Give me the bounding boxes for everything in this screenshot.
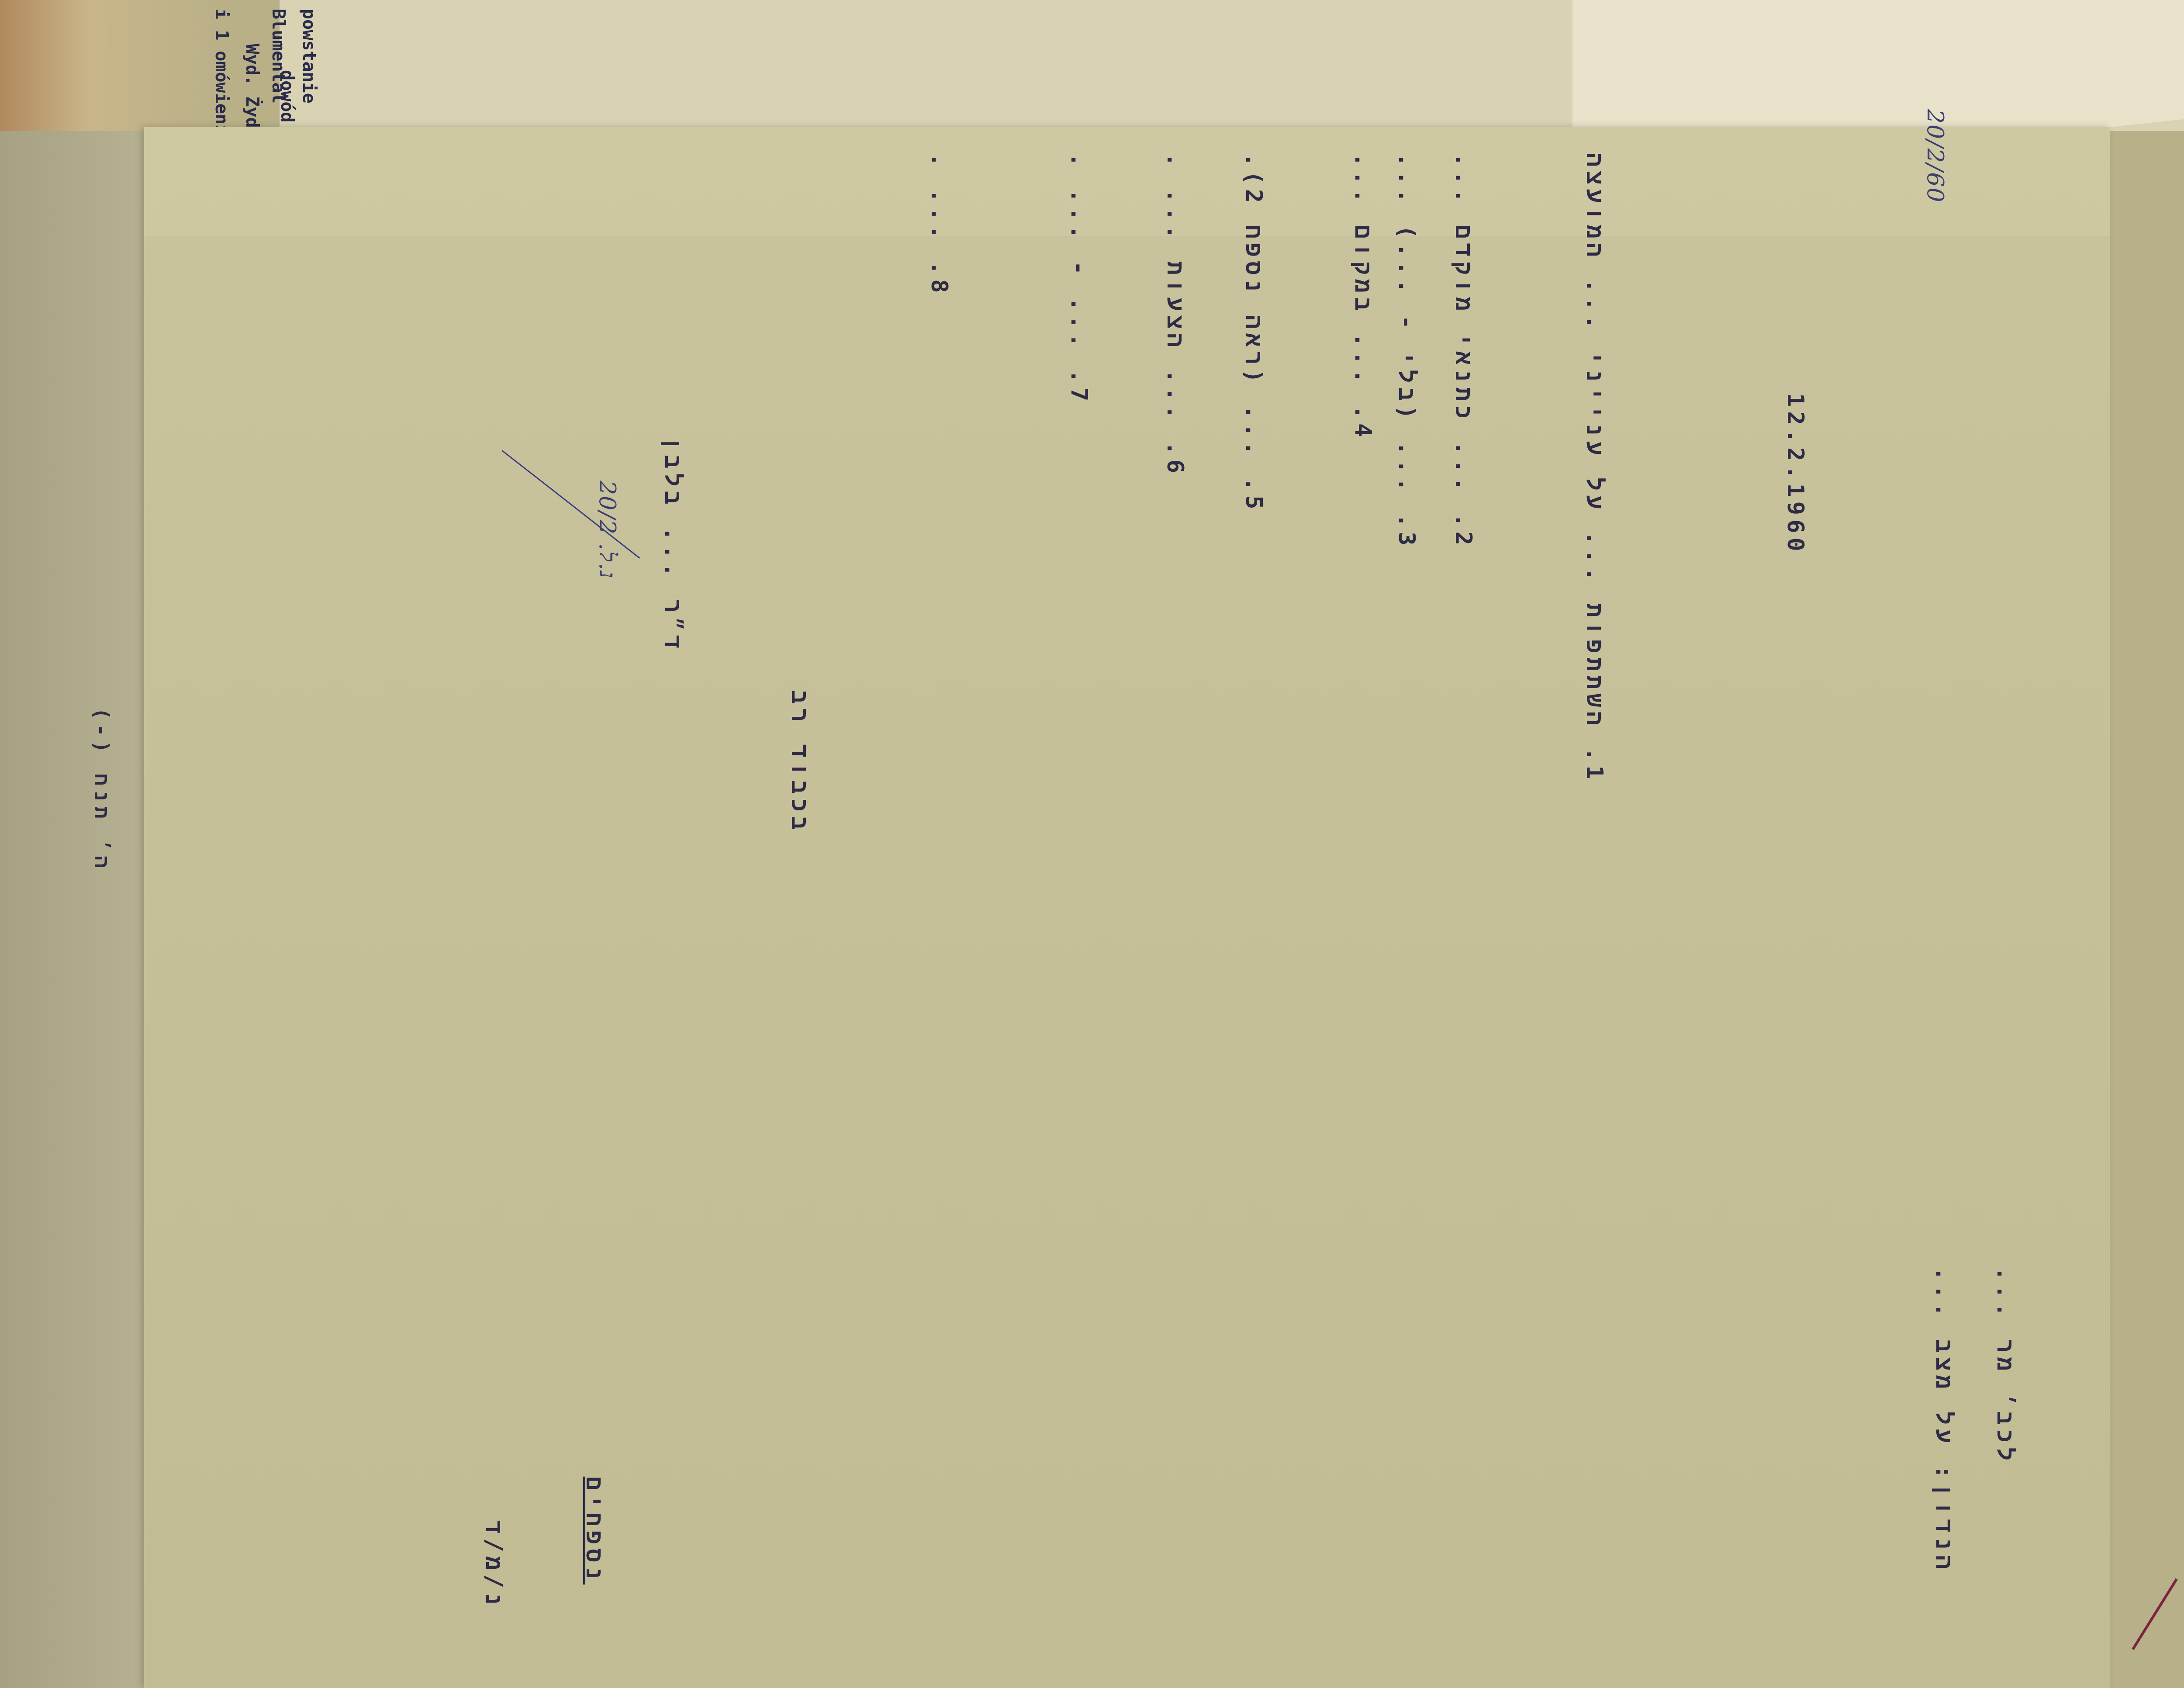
handwritten-annotation: נ.ל. 20/2 [594, 481, 620, 579]
item-3: 3. ... (בלי - ...) ... [1392, 153, 1420, 550]
item-1: 1. השתתפות ... על ענייני ... המועצה [1580, 153, 1607, 784]
item-number: 3. [1393, 514, 1420, 550]
item-6: 6. ... הצעות ... . [1161, 153, 1188, 477]
item-text: ... . [926, 153, 952, 243]
item-text: ... - ... . [1066, 153, 1092, 351]
subject-line: הנדון: על מצב ... [1929, 1267, 1957, 1573]
item-number: 6. [1162, 441, 1188, 477]
item-number: 8. [926, 261, 952, 297]
letter-sheet-body [144, 236, 2110, 1688]
corner-mark: 20/2/60 [1922, 109, 1948, 203]
item-number: 5. [1241, 477, 1267, 514]
item-2: 2. ... כתנאי מוקדם ... [1449, 153, 1476, 550]
item-number: 4. [1350, 405, 1376, 442]
signature-name: ד״ר ... בלבן [658, 437, 686, 653]
bg-snippet: powstanie [299, 9, 319, 104]
item-text: ... כתנאי מוקדם ... [1450, 153, 1476, 495]
item-5: 5. ... (ראה נספח 2). [1239, 153, 1267, 513]
letter-sheet [144, 127, 2110, 1688]
background-document-top-left: Blumental powstanie i 1 omówienie Wyd. Ż… [0, 0, 961, 149]
bg-snippet: i 1 omówienie [211, 9, 232, 145]
left-sheet-text: ה׳ תנח (-) [89, 708, 114, 872]
item-text: ... (בלי - ...) ... [1393, 153, 1420, 496]
item-text: ... הצעות ... . [1162, 153, 1188, 423]
item-7: 7. ... - ... . [1066, 153, 1092, 405]
item-text: השתתפות ... על ענייני ... המועצה [1581, 153, 1607, 730]
background-paper-left: ה׳ תנח (-) [0, 131, 144, 1688]
item-text: ... במקום ... [1350, 153, 1376, 387]
item-text: ... (ראה נספח 2). [1241, 153, 1267, 460]
item-4: 4. ... במקום ... [1348, 153, 1376, 441]
item-8: 8. ... . [926, 153, 952, 297]
recipient-line: לכב׳ מר ... [1990, 1267, 2018, 1465]
closing: בכבוד רב [785, 690, 812, 834]
item-number: 2. [1450, 513, 1476, 550]
enclosure-label: נספחים [580, 1477, 607, 1584]
document-date: 12.2.1960 [1782, 393, 1808, 556]
reference-mark: נ/מ/ד [479, 1520, 507, 1610]
item-number: 1. [1581, 747, 1607, 784]
item-number: 7. [1066, 370, 1092, 406]
